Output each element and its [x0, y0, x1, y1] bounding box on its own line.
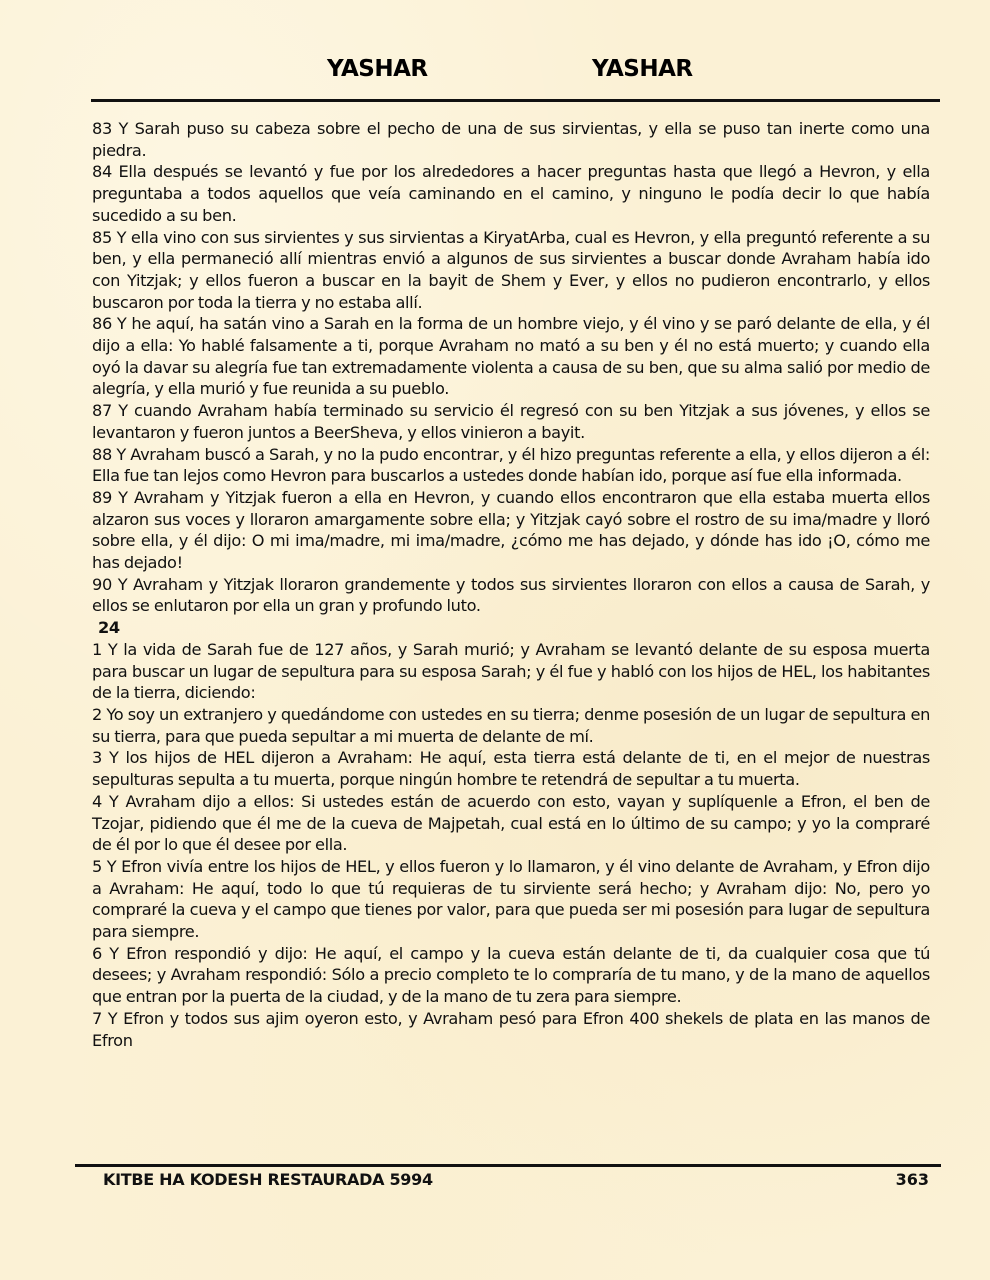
- page-header: YASHAR YASHAR: [0, 56, 990, 92]
- page-number: 363: [896, 1170, 929, 1189]
- verse-89: 89 Y Avraham y Yitzjak fueron a ella en …: [92, 487, 930, 574]
- header-divider: [91, 99, 940, 102]
- verse-3: 3 Y los hijos de HEL dijeron a Avraham: …: [92, 747, 930, 790]
- verse-83: 83 Y Sarah puso su cabeza sobre el pecho…: [92, 118, 930, 161]
- running-head-left: YASHAR: [327, 56, 428, 82]
- verse-2: 2 Yo soy un extranjero y quedándome con …: [92, 704, 930, 747]
- chapter-number: 24: [92, 617, 930, 639]
- verse-84: 84 Ella después se levantó y fue por los…: [92, 161, 930, 226]
- verse-5: 5 Y Efron vivía entre los hijos de HEL, …: [92, 856, 930, 943]
- verse-85: 85 Y ella vino con sus sirvientes y sus …: [92, 227, 930, 314]
- verse-90: 90 Y Avraham y Yitzjak lloraron grandeme…: [92, 574, 930, 617]
- verse-6: 6 Y Efron respondió y dijo: He aquí, el …: [92, 943, 930, 1008]
- verse-1: 1 Y la vida de Sarah fue de 127 años, y …: [92, 639, 930, 704]
- verse-87: 87 Y cuando Avraham había terminado su s…: [92, 400, 930, 443]
- footer-divider: [75, 1164, 941, 1167]
- verse-86: 86 Y he aquí, ha satán vino a Sarah en l…: [92, 313, 930, 400]
- verse-88: 88 Y Avraham buscó a Sarah, y no la pudo…: [92, 444, 930, 487]
- footer-book-title: KITBE HA KODESH RESTAURADA 5994: [103, 1170, 433, 1189]
- verse-4: 4 Y Avraham dijo a ellos: Si ustedes est…: [92, 791, 930, 856]
- verse-7: 7 Y Efron y todos sus ajim oyeron esto, …: [92, 1008, 930, 1051]
- running-head-right: YASHAR: [592, 56, 693, 82]
- page-body: 83 Y Sarah puso su cabeza sobre el pecho…: [92, 118, 930, 1051]
- page-footer: KITBE HA KODESH RESTAURADA 5994 363: [0, 1170, 990, 1194]
